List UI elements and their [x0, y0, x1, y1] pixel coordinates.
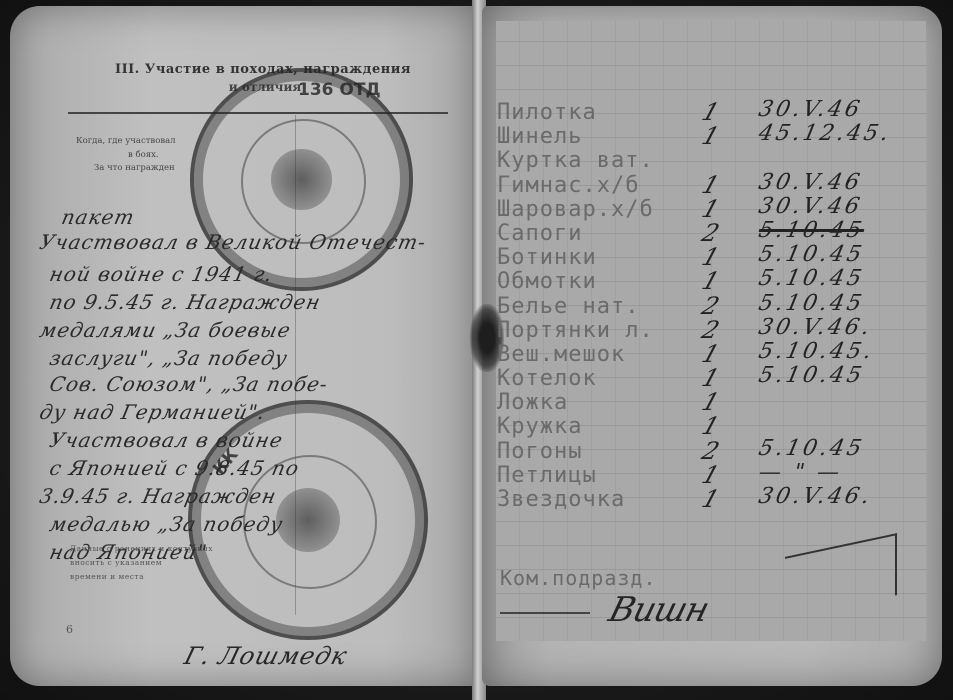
item-issue-date: 30.V.46 — [756, 170, 864, 195]
item-name: Обмотки — [497, 269, 597, 294]
item-name: Ложка — [497, 390, 568, 415]
item-name: Петлицы — [497, 463, 597, 488]
item-row: Ложка1 — [497, 390, 927, 414]
officer-signature: Г. Лошмедк — [181, 642, 351, 670]
item-row: Котелок15.10.45 — [497, 366, 927, 390]
handwritten-line: пакет — [59, 205, 137, 229]
signature-line — [500, 612, 590, 614]
item-row: Шинель145.12.45. — [497, 124, 927, 148]
item-issue-date: 5.10.45 — [756, 363, 866, 388]
commander-label: Ком.подразд. — [500, 566, 657, 590]
item-name: Сапоги — [497, 221, 582, 246]
item-row: Обмотки15.10.45 — [497, 269, 927, 293]
printed-instruction-line: вносить с указанием — [70, 558, 162, 567]
printed-instruction-line: времени и места — [70, 572, 144, 581]
state-emblem-icon — [271, 149, 331, 209]
item-issue-date: 5.10.45. — [756, 339, 876, 364]
handwritten-line: ду над Германией". — [37, 400, 268, 424]
item-issue-date: 5.10.45 — [756, 266, 866, 291]
clothing-issue-list: Пилотка130.V.46Шинель145.12.45.Куртка ва… — [497, 100, 927, 511]
handwritten-line: Сов. Союзом", „За побе- — [47, 372, 330, 396]
handwritten-line: заслуги", „За победу — [47, 346, 290, 370]
page-number: 6 — [66, 623, 73, 636]
item-name: Белье нат. — [497, 294, 639, 319]
item-row: Куртка ват. — [497, 148, 927, 172]
item-quantity: 1 — [698, 485, 722, 513]
item-issue-date: 30.V.46. — [756, 484, 874, 509]
item-name: Шинель — [497, 124, 582, 149]
item-issue-date: 5.10.45 — [756, 218, 866, 243]
item-name: Портянки л. — [497, 318, 654, 343]
handwritten-line: по 9.5.45 г. Награжден — [47, 290, 323, 314]
item-name: Шаровар.х/б — [497, 197, 654, 222]
document-photo: III. Участие в походах, награждения и от… — [0, 0, 953, 700]
item-issue-date: 45.12.45. — [756, 121, 893, 146]
item-name: Гимнас.х/б — [497, 173, 639, 198]
item-row: Кружка1 — [497, 414, 927, 438]
official-stamp-bottom — [188, 400, 428, 640]
handwritten-line: медалями „За боевые — [37, 318, 293, 342]
item-issue-date: 30.V.46 — [756, 97, 864, 122]
item-name: Котелок — [497, 366, 597, 391]
item-name: Звездочка — [497, 487, 625, 512]
item-issue-date: 30.V.46. — [756, 315, 874, 340]
item-issue-date: 5.10.45 — [756, 436, 866, 461]
official-stamp-top — [190, 68, 413, 291]
item-name: Веш.мешок — [497, 342, 625, 367]
item-issue-date: — " — — [756, 460, 844, 485]
item-issue-date: 5.10.45 — [756, 242, 866, 267]
item-issue-date: 5.10.45 — [756, 291, 866, 316]
item-name: Куртка ват. — [497, 148, 654, 173]
item-row: Погоны25.10.45 — [497, 439, 927, 463]
form-label-battles: в боях. — [128, 150, 159, 160]
item-name: Пилотка — [497, 100, 597, 125]
commander-signature: Вишн — [605, 590, 713, 630]
item-name: Ботинки — [497, 245, 597, 270]
item-name: Погоны — [497, 439, 582, 464]
form-label-when: Когда, где участвовал — [76, 136, 176, 146]
item-name: Кружка — [497, 414, 582, 439]
item-row: Звездочка130.V.46. — [497, 487, 927, 511]
stamp-unit-text: 136 ОТД — [298, 80, 381, 100]
item-quantity: 1 — [698, 122, 722, 150]
form-label-awarded: За что награжден — [94, 163, 175, 173]
item-issue-date: 30.V.46 — [756, 194, 864, 219]
